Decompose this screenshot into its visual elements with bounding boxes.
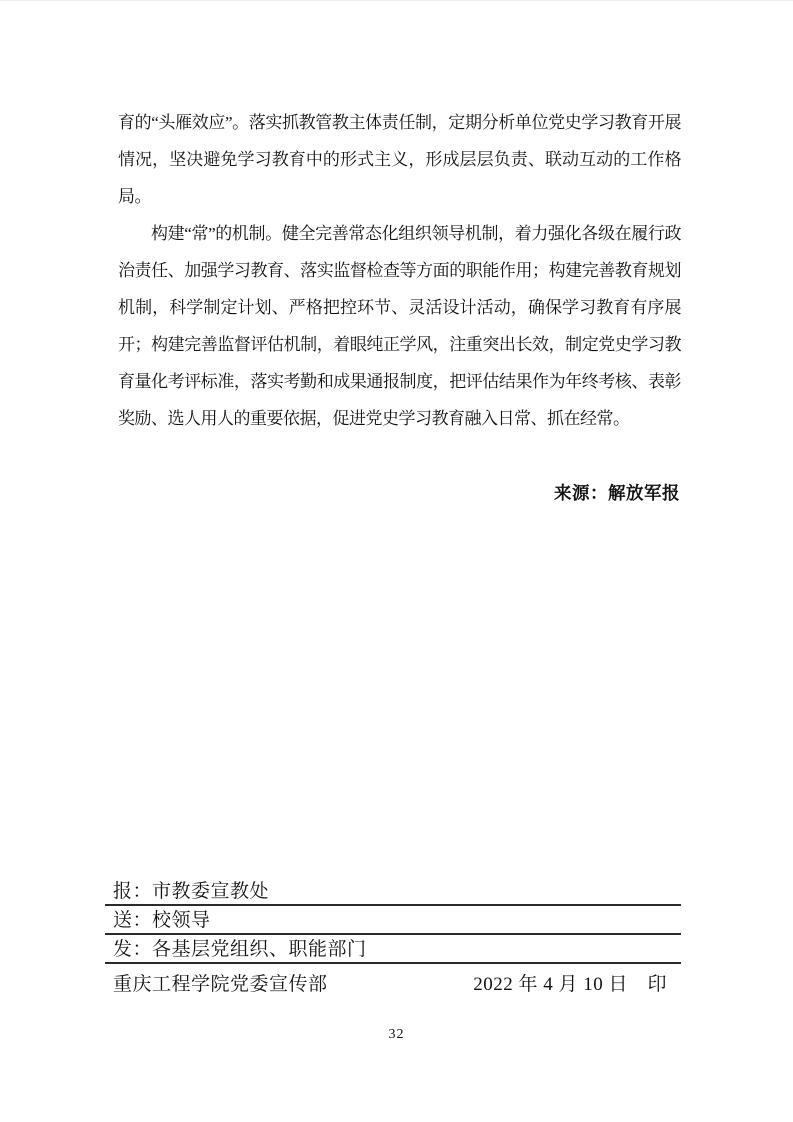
distribution-row-report: 报：市教委宣教处 [105, 877, 681, 906]
distribution-report-text: 报：市教委宣教处 [113, 881, 269, 902]
issuer-row: 重庆工程学院党委宣传部 2022 年 4 月 10 日 印 [105, 964, 681, 997]
document-body: 育的“头雁效应”。落实抓教管教主体责任制，定期分析单位党史学习教育开展情况，坚决… [118, 104, 681, 437]
page-number: 32 [0, 1027, 793, 1043]
distribution-issue-text: 发：各基层党组织、职能部门 [113, 939, 367, 960]
issuer-name: 重庆工程学院党委宣传部 [113, 973, 328, 997]
document-page: 育的“头雁效应”。落实抓教管教主体责任制，定期分析单位党史学习教育开展情况，坚决… [0, 0, 793, 1122]
source-attribution: 来源：解放军报 [118, 480, 680, 505]
print-date: 2022 年 4 月 10 日 印 [473, 973, 667, 997]
distribution-row-issue: 发：各基层党组织、职能部门 [105, 935, 681, 964]
distribution-send-text: 送：校领导 [113, 910, 211, 931]
body-paragraph-continued: 育的“头雁效应”。落实抓教管教主体责任制，定期分析单位党史学习教育开展情况，坚决… [118, 104, 681, 215]
distribution-block: 报：市教委宣教处 送：校领导 发：各基层党组织、职能部门 重庆工程学院党委宣传部… [105, 877, 681, 997]
distribution-row-send: 送：校领导 [105, 906, 681, 935]
body-paragraph-mechanism: 构建“常”的机制。健全完善常态化组织领导机制，着力强化各级在履行政治责任、加强学… [118, 215, 681, 437]
